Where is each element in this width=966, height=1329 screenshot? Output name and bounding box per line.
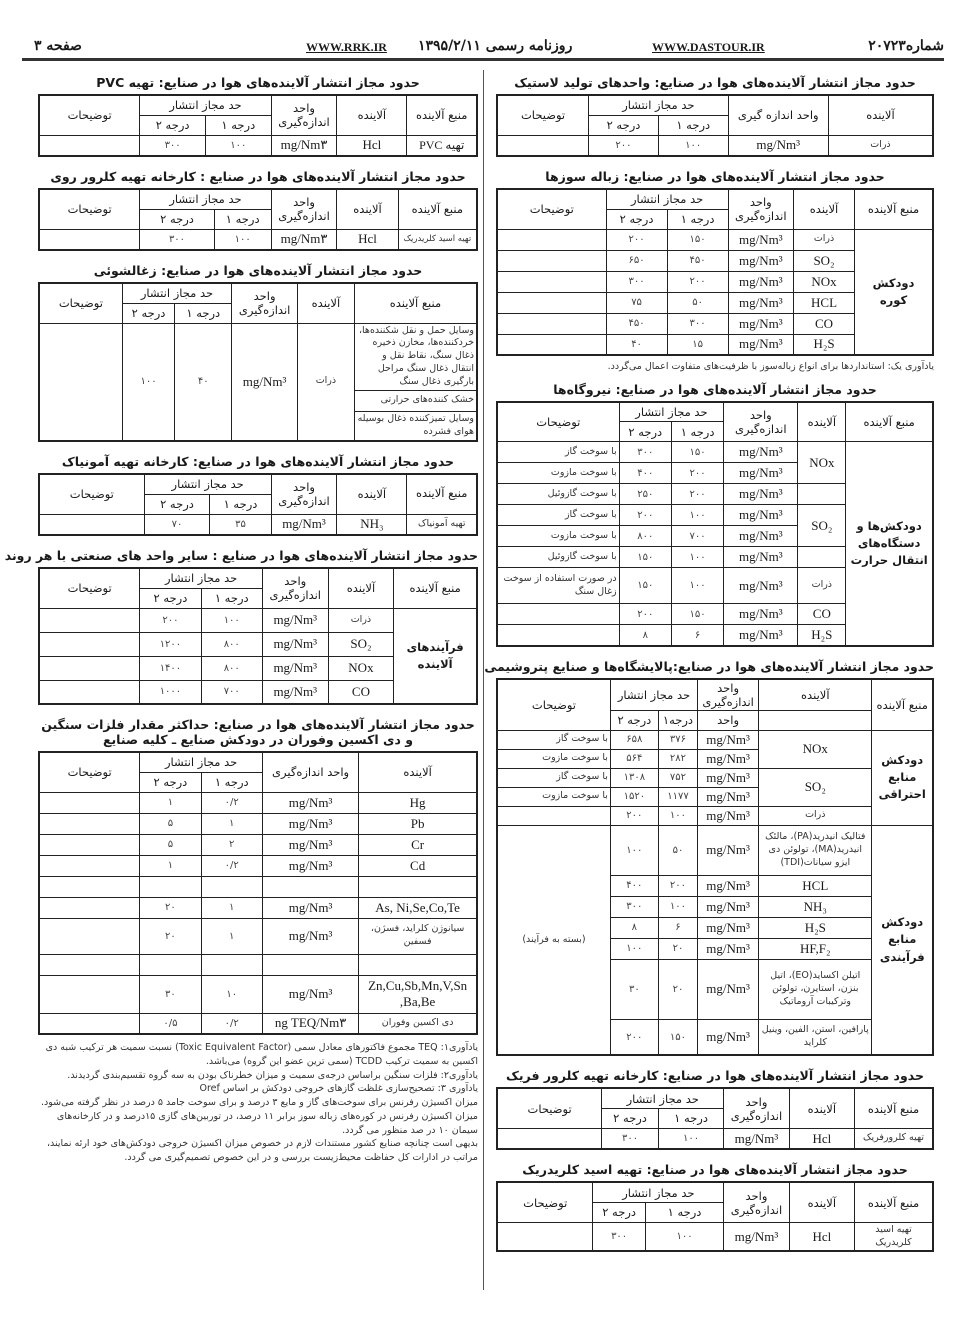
deg1-cell: ۱ bbox=[201, 918, 262, 954]
deg1-cell: ۴۰ bbox=[175, 323, 232, 441]
unit-cell: mg/Nm³ bbox=[728, 229, 793, 250]
table-row: Cdmg/Nm³۰/۲۱ bbox=[39, 855, 477, 876]
deg2-cell bbox=[140, 954, 201, 975]
incinerator-rows: دودکش کورهذراتmg/Nm³۱۵۰۲۰۰SO₂mg/Nm³۴۵۰۶۵… bbox=[497, 229, 933, 355]
section-title-rubber: حدود مجاز انتشار آلاینده‌های هوا در صنای… bbox=[496, 75, 934, 90]
metals-notes: یادآوری۱: TEQ مجموع فاکتورهای معادل سمی … bbox=[38, 1041, 478, 1165]
col-deg1: درجه ۱ bbox=[214, 209, 271, 229]
col-deg1: درجه ۱ bbox=[658, 115, 728, 135]
deg2-cell: ۴۰۰ bbox=[619, 463, 671, 484]
deg1-cell: ۱۰۰ bbox=[658, 1128, 723, 1149]
pollutant-cell: SO₂ bbox=[794, 250, 855, 271]
pollutant-cell: HCL bbox=[794, 292, 855, 313]
unit-cell: mg/Nm³ bbox=[271, 514, 337, 535]
table-zinc: منبع آلاینده آلاینده واحد اندازه‌گیری حد… bbox=[38, 188, 478, 251]
table-row: Zn,Cu,Sb,Mn,V,Sn ,Ba,Bemg/Nm³۱۰۳۰ bbox=[39, 975, 477, 1013]
pollutant-cell: CO bbox=[328, 680, 394, 704]
unit-cell: mg/Nm³ bbox=[698, 938, 759, 959]
notes-cell bbox=[39, 897, 140, 918]
section-title-other: حدود مجاز انتشار آلاینده‌های هوا در صنای… bbox=[38, 548, 478, 563]
unit-cell: mg/Nm³ bbox=[262, 834, 358, 855]
deg1-cell: ۲۰ bbox=[658, 938, 697, 959]
table-row: تهیه اسید کلریدریک Hcl mg/Nm³ ۱۰۰ ۳۰۰ bbox=[497, 1222, 933, 1251]
notes-cell: با سوخت مازوت bbox=[497, 526, 619, 547]
col-deg2: درجه ۲ bbox=[140, 209, 214, 229]
deg2-cell: ۲۰ bbox=[140, 897, 201, 918]
col-deg2: درجه ۲ bbox=[144, 494, 210, 514]
col-notes: توضیحات bbox=[39, 568, 140, 608]
table-row: تهیه PVC Hcl mg/Nm٣ ۱۰۰ ۳۰۰ bbox=[39, 135, 477, 156]
pollutant-cell: فتالیک انیدرید(PA)، مالئک انیدرید(MA)، ت… bbox=[759, 825, 872, 875]
pollutant-cell: Hg bbox=[359, 792, 477, 813]
col-limit: حد مجاز انتشار bbox=[593, 1182, 724, 1202]
notes-cell bbox=[497, 334, 606, 355]
notes-cell bbox=[39, 135, 140, 156]
source-cell: دودکش منابع احتراقی bbox=[872, 730, 933, 825]
col-deg1: درجه ۱ bbox=[210, 494, 271, 514]
section-title-refinery: حدود مجاز انتشار آلاینده‌های هوا در صنای… bbox=[496, 659, 934, 674]
col-source: منبع آلاینده bbox=[846, 402, 933, 442]
deg2-cell bbox=[140, 876, 201, 897]
notes-cell: با سوخت مازوت bbox=[497, 749, 610, 768]
deg2-cell: ۳۰۰ bbox=[140, 135, 206, 156]
table-row: وسایل حمل و نقل شکننده‌ها، خردکننده‌ها، … bbox=[39, 323, 477, 390]
deg2-cell: ۵۶۴ bbox=[610, 749, 658, 768]
unit-cell: mg/Nm³ bbox=[728, 271, 793, 292]
table-row: دی اکسین وفورانng TEQ/Nm٣۰/۲۰/۵ bbox=[39, 1013, 477, 1034]
col-pollutant: آلاینده bbox=[337, 95, 407, 135]
deg2-cell: ۳۰۰ bbox=[619, 442, 671, 463]
table-row bbox=[39, 954, 477, 975]
unit-cell: mg/Nm³ bbox=[724, 526, 798, 547]
deg2-cell: ۲۰۰ bbox=[610, 806, 658, 825]
notes-cell bbox=[497, 604, 619, 625]
unit-cell: mg/Nm³ bbox=[262, 608, 328, 632]
col-notes: توضیحات bbox=[497, 1088, 602, 1128]
unit-cell bbox=[262, 876, 358, 897]
deg1-cell: ۲ bbox=[201, 834, 262, 855]
notes-cell bbox=[497, 135, 589, 156]
pollutant-cell: H₂S bbox=[794, 334, 855, 355]
deg2-cell: ۲۵۰ bbox=[619, 484, 671, 505]
table-hcl-acid: منبع آلاینده آلاینده واحد اندازه‌گیری حد… bbox=[496, 1181, 934, 1252]
deg2-cell: ۱۰۰ bbox=[122, 323, 175, 441]
notes-cell bbox=[39, 680, 140, 704]
unit-cell: mg/Nm³ bbox=[262, 897, 358, 918]
unit-cell: mg/Nm³ bbox=[262, 792, 358, 813]
deg1-cell: ۱۰ bbox=[201, 975, 262, 1013]
deg1-cell: ۱۰۰ bbox=[671, 568, 723, 604]
col-notes: توضیحات bbox=[497, 95, 589, 135]
col-deg2: درجه ۲ bbox=[140, 772, 201, 792]
deg2-cell: ۵ bbox=[140, 813, 201, 834]
unit-cell: mg/Nm³ bbox=[698, 825, 759, 875]
col-pollutant: آلاینده bbox=[789, 1088, 854, 1128]
table-row: ذرات mg/Nm³ ۱۰۰ ۲۰۰ bbox=[497, 135, 933, 156]
unit-cell: mg/Nm³ bbox=[262, 918, 358, 954]
section-title-ammonia: حدود مجاز انتشار آلاینده‌های هوا در صنای… bbox=[38, 454, 478, 469]
table-row: تهیه اسید کلریدریک Hcl mg/Nm٣ ۱۰۰ ۳۰۰ bbox=[39, 229, 477, 250]
col-notes: توضیحات bbox=[39, 752, 140, 792]
unit-cell: mg/Nm³ bbox=[262, 656, 328, 680]
unit-cell bbox=[262, 954, 358, 975]
unit-cell: mg/Nm٣ bbox=[271, 135, 337, 156]
table-other: منبع آلاینده آلاینده واحد اندازه‌گیری حد… bbox=[38, 567, 478, 705]
pollutant-cell: Hcl bbox=[337, 135, 407, 156]
unit-cell: mg/Nm³ bbox=[724, 1128, 789, 1149]
notes-cell bbox=[39, 855, 140, 876]
source-cell: دودکش‌ها و دستگاه‌های انتقال حرارت bbox=[846, 442, 933, 646]
deg1-cell: ۱۰۰ bbox=[658, 806, 697, 825]
unit-cell: mg/Nm³ bbox=[698, 896, 759, 917]
notes-cell bbox=[39, 975, 140, 1013]
notes-cell bbox=[39, 876, 140, 897]
col-notes: توضیحات bbox=[497, 402, 619, 442]
table-row: ذراتmg/Nm³۱۰۰۲۰۰ bbox=[497, 806, 933, 825]
pollutant-cell bbox=[798, 484, 846, 505]
table-row: دودکش‌ها و دستگاه‌های انتقال حرارتNOxmg/… bbox=[497, 442, 933, 463]
pollutant-cell: دی اکسین وفوران bbox=[359, 1013, 477, 1034]
col-deg1: درجه ۱ bbox=[201, 588, 262, 608]
deg1-cell: ۱۱۷۷ bbox=[658, 787, 697, 806]
pollutant-cell: NOx bbox=[328, 656, 394, 680]
unit-cell: mg/Nm³ bbox=[724, 1222, 789, 1251]
pollutant-cell: اتیلن اکساید(EO)، اتیل بنزن، استایرن، تو… bbox=[759, 959, 872, 1019]
col-unit: واحد اندازه‌گیری bbox=[698, 679, 759, 711]
deg1-cell: ۱۰۰ bbox=[658, 135, 728, 156]
col-limit: حد مجاز انتشار bbox=[140, 189, 271, 209]
deg2-cell: ۸ bbox=[610, 917, 658, 938]
deg1-cell: ۰/۲ bbox=[201, 855, 262, 876]
notes-cell bbox=[497, 1222, 593, 1251]
col-unit: واحد اندازه‌گیری bbox=[724, 1182, 789, 1222]
deg1-cell: ۲۰۰ bbox=[658, 875, 697, 896]
issue-number: شماره۲۰۷۲۳ bbox=[868, 38, 944, 54]
unit-cell: mg/Nm³ bbox=[728, 292, 793, 313]
table-refinery: منبع آلاینده آلاینده واحد اندازه‌گیری حد… bbox=[496, 678, 934, 1057]
deg2-cell: ۳۰۰ bbox=[602, 1128, 659, 1149]
notes-cell: با سوخت گازوئیل bbox=[497, 547, 619, 568]
col-source: منبع آلاینده bbox=[872, 679, 933, 731]
deg2-cell: ۰/۵ bbox=[140, 1013, 201, 1034]
unit-cell: ng TEQ/Nm٣ bbox=[262, 1013, 358, 1034]
col-limit: حد مجاز انتشار bbox=[140, 95, 271, 115]
unit-cell: mg/Nm³ bbox=[724, 568, 798, 604]
unit-cell: mg/Nm³ bbox=[698, 1019, 759, 1055]
deg1-cell: ۱۰۰ bbox=[671, 547, 723, 568]
pollutant-cell: H₂S bbox=[798, 625, 846, 646]
pollutant-cell: ذرات bbox=[328, 608, 394, 632]
col-pollutant: آلاینده bbox=[794, 189, 855, 229]
deg2-cell: ۲۰۰ bbox=[589, 135, 659, 156]
source-cell: وسایل تمیزکننده ذغال بوسیله هوای فشرده bbox=[354, 411, 477, 441]
col-source: منبع آلاینده bbox=[407, 95, 477, 135]
unit-cell: mg/Nm³ bbox=[698, 959, 759, 1019]
col-unit: واحد اندازه‌گیری bbox=[728, 189, 793, 229]
col-source: منبع آلاینده bbox=[398, 189, 477, 229]
deg2-cell: ۵ bbox=[140, 834, 201, 855]
source-cell: خشک کننده‌های حرارتی bbox=[354, 390, 477, 411]
col-source: منبع آلاینده bbox=[407, 474, 477, 514]
pollutant-cell: NH₃ bbox=[337, 514, 407, 535]
deg1-cell: ۷۵۲ bbox=[658, 768, 697, 787]
pollutant-cell: Cr bbox=[359, 834, 477, 855]
deg1-cell: ۱۰۰ bbox=[658, 896, 697, 917]
notes-cell bbox=[39, 813, 140, 834]
deg1-cell: ۱۰۰ bbox=[645, 1222, 723, 1251]
col-pollutant: آلاینده bbox=[337, 474, 407, 514]
unit-cell: mg/Nm٣ bbox=[271, 229, 337, 250]
rrk-link[interactable]: WWW.RRK.IR bbox=[306, 40, 387, 55]
source-cell: تهیه آمونیاک bbox=[407, 514, 477, 535]
col-pollutant: آلاینده bbox=[328, 568, 394, 608]
col-unit: واحد اندازه‌گیری bbox=[262, 752, 358, 792]
col-limit: حد مجاز انتشار bbox=[602, 1088, 724, 1108]
notes-cell bbox=[39, 608, 140, 632]
unit-cell: mg/Nm³ bbox=[728, 313, 793, 334]
col-unit: واحد اندازه گیری bbox=[728, 95, 828, 135]
unit-cell: mg/Nm³ bbox=[698, 806, 759, 825]
source-cell: تهیه اسید کلریدریک bbox=[398, 229, 477, 250]
power-rows: دودکش‌ها و دستگاه‌های انتقال حرارتNOxmg/… bbox=[497, 442, 933, 646]
source-cell: تهیه کلرورفریک bbox=[855, 1128, 933, 1149]
pollutant-cell: HF,F₂ bbox=[759, 938, 872, 959]
section-title-pvc: حدود مجاز انتشار آلاینده‌های هوا در صنای… bbox=[38, 75, 478, 90]
deg1-cell: ۳۷۶ bbox=[658, 730, 697, 749]
left-column: حدود مجاز انتشار آلاینده‌های هوا در صنای… bbox=[38, 72, 478, 1165]
col-deg2: درجه ۲ bbox=[122, 303, 175, 323]
col-deg1: درجه۱ bbox=[658, 710, 697, 730]
col-limit: حد مجاز انتشار bbox=[122, 283, 231, 303]
col-unit: واحد اندازه‌گیری bbox=[232, 283, 298, 323]
deg1-cell: ۱۵۰ bbox=[667, 229, 728, 250]
col-deg1: درجه ۱ bbox=[201, 772, 262, 792]
deg2-cell: ۱۴۰۰ bbox=[140, 656, 201, 680]
pollutant-cell: HCL bbox=[759, 875, 872, 896]
notes-cell bbox=[39, 792, 140, 813]
col-unit: واحد اندازه‌گیری bbox=[262, 568, 328, 608]
deg1-cell: ۵۰ bbox=[658, 825, 697, 875]
section-title-power: حدود مجاز انتشار آلاینده‌های هوا در صنای… bbox=[496, 382, 934, 397]
col-notes: توضیحات bbox=[497, 189, 606, 229]
section-title-coal: حدود مجاز انتشار آلاینده‌های هوا در صنای… bbox=[38, 263, 478, 278]
deg2-cell: ۸۰۰ bbox=[619, 526, 671, 547]
deg1-cell: ۸۰۰ bbox=[201, 656, 262, 680]
col-deg1: درجه ۱ bbox=[667, 209, 728, 229]
table-pvc: منبع آلاینده آلاینده واحد اندازه‌گیری حد… bbox=[38, 94, 478, 157]
source-cell: وسایل حمل و نقل شکننده‌ها، خردکننده‌ها، … bbox=[354, 323, 477, 390]
notes-cell bbox=[39, 514, 144, 535]
notes-cell bbox=[497, 313, 606, 334]
deg1-cell: ۷۰۰ bbox=[671, 526, 723, 547]
notes-cell bbox=[497, 250, 606, 271]
deg2-cell: ۱۰۰ bbox=[610, 938, 658, 959]
deg2-cell: ۶۵۰ bbox=[606, 250, 667, 271]
col-limit: حد مجاز انتشار bbox=[619, 402, 724, 422]
deg1-cell: ۲۰۰ bbox=[667, 271, 728, 292]
dastour-link[interactable]: WWW.DASTOUR.IR bbox=[652, 40, 765, 55]
deg1-cell: ۲۸۲ bbox=[658, 749, 697, 768]
pollutant-cell: ذرات bbox=[297, 323, 354, 441]
col-deg2: درجه ۲ bbox=[610, 710, 658, 730]
deg2-cell: ۳۰۰ bbox=[140, 229, 214, 250]
deg1-cell: ۷۰۰ bbox=[201, 680, 262, 704]
unit-cell: mg/Nm³ bbox=[728, 334, 793, 355]
source-cell: تهیه PVC bbox=[407, 135, 477, 156]
col-pollutant: آلاینده bbox=[828, 95, 933, 135]
deg1-cell: ۱۰۰ bbox=[201, 608, 262, 632]
metals-rows: Hgmg/Nm³۰/۲۱Pbmg/Nm³۱۵Crmg/Nm³۲۵Cdmg/Nm³… bbox=[39, 792, 477, 1034]
deg1-cell: ۱ bbox=[201, 813, 262, 834]
col-unit: واحد اندازه‌گیری bbox=[724, 1088, 789, 1128]
deg2-cell: ۴۰ bbox=[606, 334, 667, 355]
notes-cell: با سوخت گازوئیل bbox=[497, 484, 619, 505]
note-paragraph: بدیهی است چنانچه صنایع کشور مستندات لازم… bbox=[38, 1137, 478, 1165]
section-title-metals-1: حدود مجاز انتشار آلاینده‌های هوا در صنای… bbox=[38, 717, 478, 732]
table-ferric: منبع آلاینده آلاینده واحد اندازه‌گیری حد… bbox=[496, 1087, 934, 1150]
unit-cell: mg/Nm³ bbox=[724, 463, 798, 484]
table-power: منبع آلاینده آلاینده واحد اندازه‌گیری حد… bbox=[496, 401, 934, 647]
table-rubber: آلاینده واحد اندازه گیری حد مجاز انتشار … bbox=[496, 94, 934, 157]
pollutant-cell bbox=[359, 954, 477, 975]
deg2-cell: ۲۰۰ bbox=[610, 1019, 658, 1055]
other-rows: فرآیندهای آلایندهذراتmg/Nm³۱۰۰۲۰۰SO₂mg/N… bbox=[39, 608, 477, 704]
col-deg1: درجه ۱ bbox=[645, 1202, 723, 1222]
deg1-cell: ۱۵۰ bbox=[658, 1019, 697, 1055]
unit-cell: mg/Nm³ bbox=[724, 604, 798, 625]
note-paragraph: یادآوری۲: فلزات سنگین براساس درجه‌ی سمیت… bbox=[38, 1069, 478, 1083]
col-notes: توضیحات bbox=[497, 1182, 593, 1222]
deg2-cell: ۳۰ bbox=[610, 959, 658, 1019]
unit-cell: mg/Nm³ bbox=[262, 632, 328, 656]
deg1-cell: ۱ bbox=[201, 897, 262, 918]
col-deg1: درجه ۱ bbox=[658, 1108, 723, 1128]
section-title-zinc: حدود مجاز انتشار آلاینده‌های هوا در صنای… bbox=[38, 169, 478, 184]
pollutant-cell: ذرات bbox=[794, 229, 855, 250]
section-title-incinerator: حدود مجاز انتشار آلاینده‌های هوا در صنای… bbox=[496, 169, 934, 184]
col-limit: حد مجاز انتشار bbox=[589, 95, 729, 115]
deg1-cell: ۴۵۰ bbox=[667, 250, 728, 271]
deg1-cell: ۶ bbox=[671, 625, 723, 646]
deg1-cell: ۲۰ bbox=[658, 959, 697, 1019]
pollutant-cell: SO₂ bbox=[759, 768, 872, 806]
notes-cell: با سوخت مازوت bbox=[497, 463, 619, 484]
deg2-cell: ۴۵۰ bbox=[606, 313, 667, 334]
unit-cell: mg/Nm³ bbox=[698, 749, 759, 768]
notes-cell bbox=[39, 656, 140, 680]
deg1-cell: ۶ bbox=[658, 917, 697, 938]
source-cell: دودکش کوره bbox=[855, 229, 933, 355]
deg2-cell: ۴۰۰ bbox=[610, 875, 658, 896]
unit-cell: mg/Nm³ bbox=[698, 917, 759, 938]
pollutant-cell: Hcl bbox=[337, 229, 398, 250]
pollutant-cell: ذرات bbox=[828, 135, 933, 156]
deg1-cell: ۰/۲ bbox=[201, 1013, 262, 1034]
deg2-cell: ۱۲۰۰ bbox=[140, 632, 201, 656]
unit-cell: mg/Nm³ bbox=[262, 813, 358, 834]
table-row bbox=[39, 876, 477, 897]
section-title-ferric: حدود مجاز انتشار آلاینده‌های هوا در صنای… bbox=[496, 1068, 934, 1083]
source-cell: تهیه اسید کلریدریک bbox=[855, 1222, 933, 1251]
notes-cell bbox=[39, 323, 122, 441]
deg2-cell: ۱۰۰۰ bbox=[140, 680, 201, 704]
note-paragraph: میزان اکسیژن رفرنس برای سوخت‌های گاز و م… bbox=[38, 1096, 478, 1137]
deg1-cell: ۳۰۰ bbox=[667, 313, 728, 334]
source-cell: دودکش منابع فرآیندی bbox=[872, 825, 933, 1055]
refinery-rows: دودکش منابع احتراقیNOxmg/Nm³۳۷۶۶۵۸با سوخ… bbox=[497, 730, 933, 1055]
incinerator-note: یادآوری یک: استانداردها برای انواع زباله… bbox=[496, 360, 934, 374]
deg1-cell: ۳۵ bbox=[210, 514, 271, 535]
table-row: تهیه آمونیاک NH₃ mg/Nm³ ۳۵ ۷۰ bbox=[39, 514, 477, 535]
pollutant-cell: NOx bbox=[759, 730, 872, 768]
col-deg2: درجه ۲ bbox=[602, 1108, 659, 1128]
col-unit: واحد اندازه‌گیری bbox=[271, 474, 337, 514]
table-row: فرآیندهای آلایندهذراتmg/Nm³۱۰۰۲۰۰ bbox=[39, 608, 477, 632]
pollutant-cell: NH₃ bbox=[759, 896, 872, 917]
deg2-cell: ۷۵ bbox=[606, 292, 667, 313]
deg1-cell bbox=[201, 954, 262, 975]
pollutant-cell bbox=[359, 876, 477, 897]
deg2-cell: ۱۵۲۰ bbox=[610, 787, 658, 806]
table-row: SO₂mg/Nm³۷۵۲۱۳۰۸با سوخت گاز bbox=[497, 768, 933, 787]
pollutant-cell: Cd bbox=[359, 855, 477, 876]
source-cell: فرآیندهای آلاینده bbox=[394, 608, 477, 704]
col-source: منبع آلاینده bbox=[394, 568, 477, 608]
deg1-cell: ۱۵ bbox=[667, 334, 728, 355]
unit-cell: mg/Nm³ bbox=[262, 975, 358, 1013]
col-pollutant: آلاینده bbox=[798, 402, 846, 442]
col-unit: واحد اندازه‌گیری bbox=[271, 95, 337, 135]
pollutant-cell: SO₂ bbox=[328, 632, 394, 656]
pollutant-cell: NOx bbox=[798, 442, 846, 484]
page-number: صفحه ۳ bbox=[34, 38, 82, 54]
page-header: شماره۲۰۷۲۳ WWW.DASTOUR.IR روزنامه رسمی ۱… bbox=[0, 38, 966, 58]
notes-cell bbox=[39, 918, 140, 954]
notes-cell bbox=[497, 292, 606, 313]
col-source: منبع آلاینده bbox=[855, 189, 933, 229]
table-metals: آلاینده واحد اندازه‌گیری حد مجاز انتشار … bbox=[38, 751, 478, 1035]
note-paragraph: یادآوری ۳: تصحیح‌سازی غلظت گازهای خروجی … bbox=[38, 1082, 478, 1096]
pollutant-cell: SO₂ bbox=[798, 505, 846, 547]
notes-cell bbox=[39, 229, 140, 250]
notes-cell bbox=[39, 632, 140, 656]
deg1-cell: ۱۰۰ bbox=[205, 135, 271, 156]
notes-cell: با سوخت گاز bbox=[497, 442, 619, 463]
unit-cell: mg/Nm³ bbox=[724, 505, 798, 526]
deg2-cell: ۳۰۰ bbox=[606, 271, 667, 292]
empty-header bbox=[759, 710, 872, 730]
right-column: حدود مجاز انتشار آلاینده‌های هوا در صنای… bbox=[496, 72, 934, 1264]
notes-cell bbox=[497, 229, 606, 250]
notes-cell bbox=[39, 834, 140, 855]
notes-cell: در صورت استفاده از سوخت زغال سنگ bbox=[497, 568, 619, 604]
deg1-cell: ۰/۲ bbox=[201, 792, 262, 813]
table-row: دودکش کورهذراتmg/Nm³۱۵۰۲۰۰ bbox=[497, 229, 933, 250]
deg2-cell: ۲۰۰ bbox=[619, 604, 671, 625]
col-unit: واحد اندازه‌گیری bbox=[724, 402, 798, 442]
unit-cell: mg/Nm³ bbox=[724, 442, 798, 463]
notes-cell bbox=[497, 271, 606, 292]
table-row: Hgmg/Nm³۰/۲۱ bbox=[39, 792, 477, 813]
col-notes: توضیحات bbox=[39, 474, 144, 514]
col-notes: توضیحات bbox=[39, 189, 140, 229]
deg1-cell: ۲۰۰ bbox=[671, 484, 723, 505]
col-limit: حد مجاز انتشار bbox=[140, 568, 263, 588]
col-deg2: درجه ۲ bbox=[606, 209, 667, 229]
col-source: منبع آلاینده bbox=[855, 1088, 933, 1128]
deg2-cell: ۲۰ bbox=[140, 918, 201, 954]
pollutant-cell: ذرات bbox=[759, 806, 872, 825]
